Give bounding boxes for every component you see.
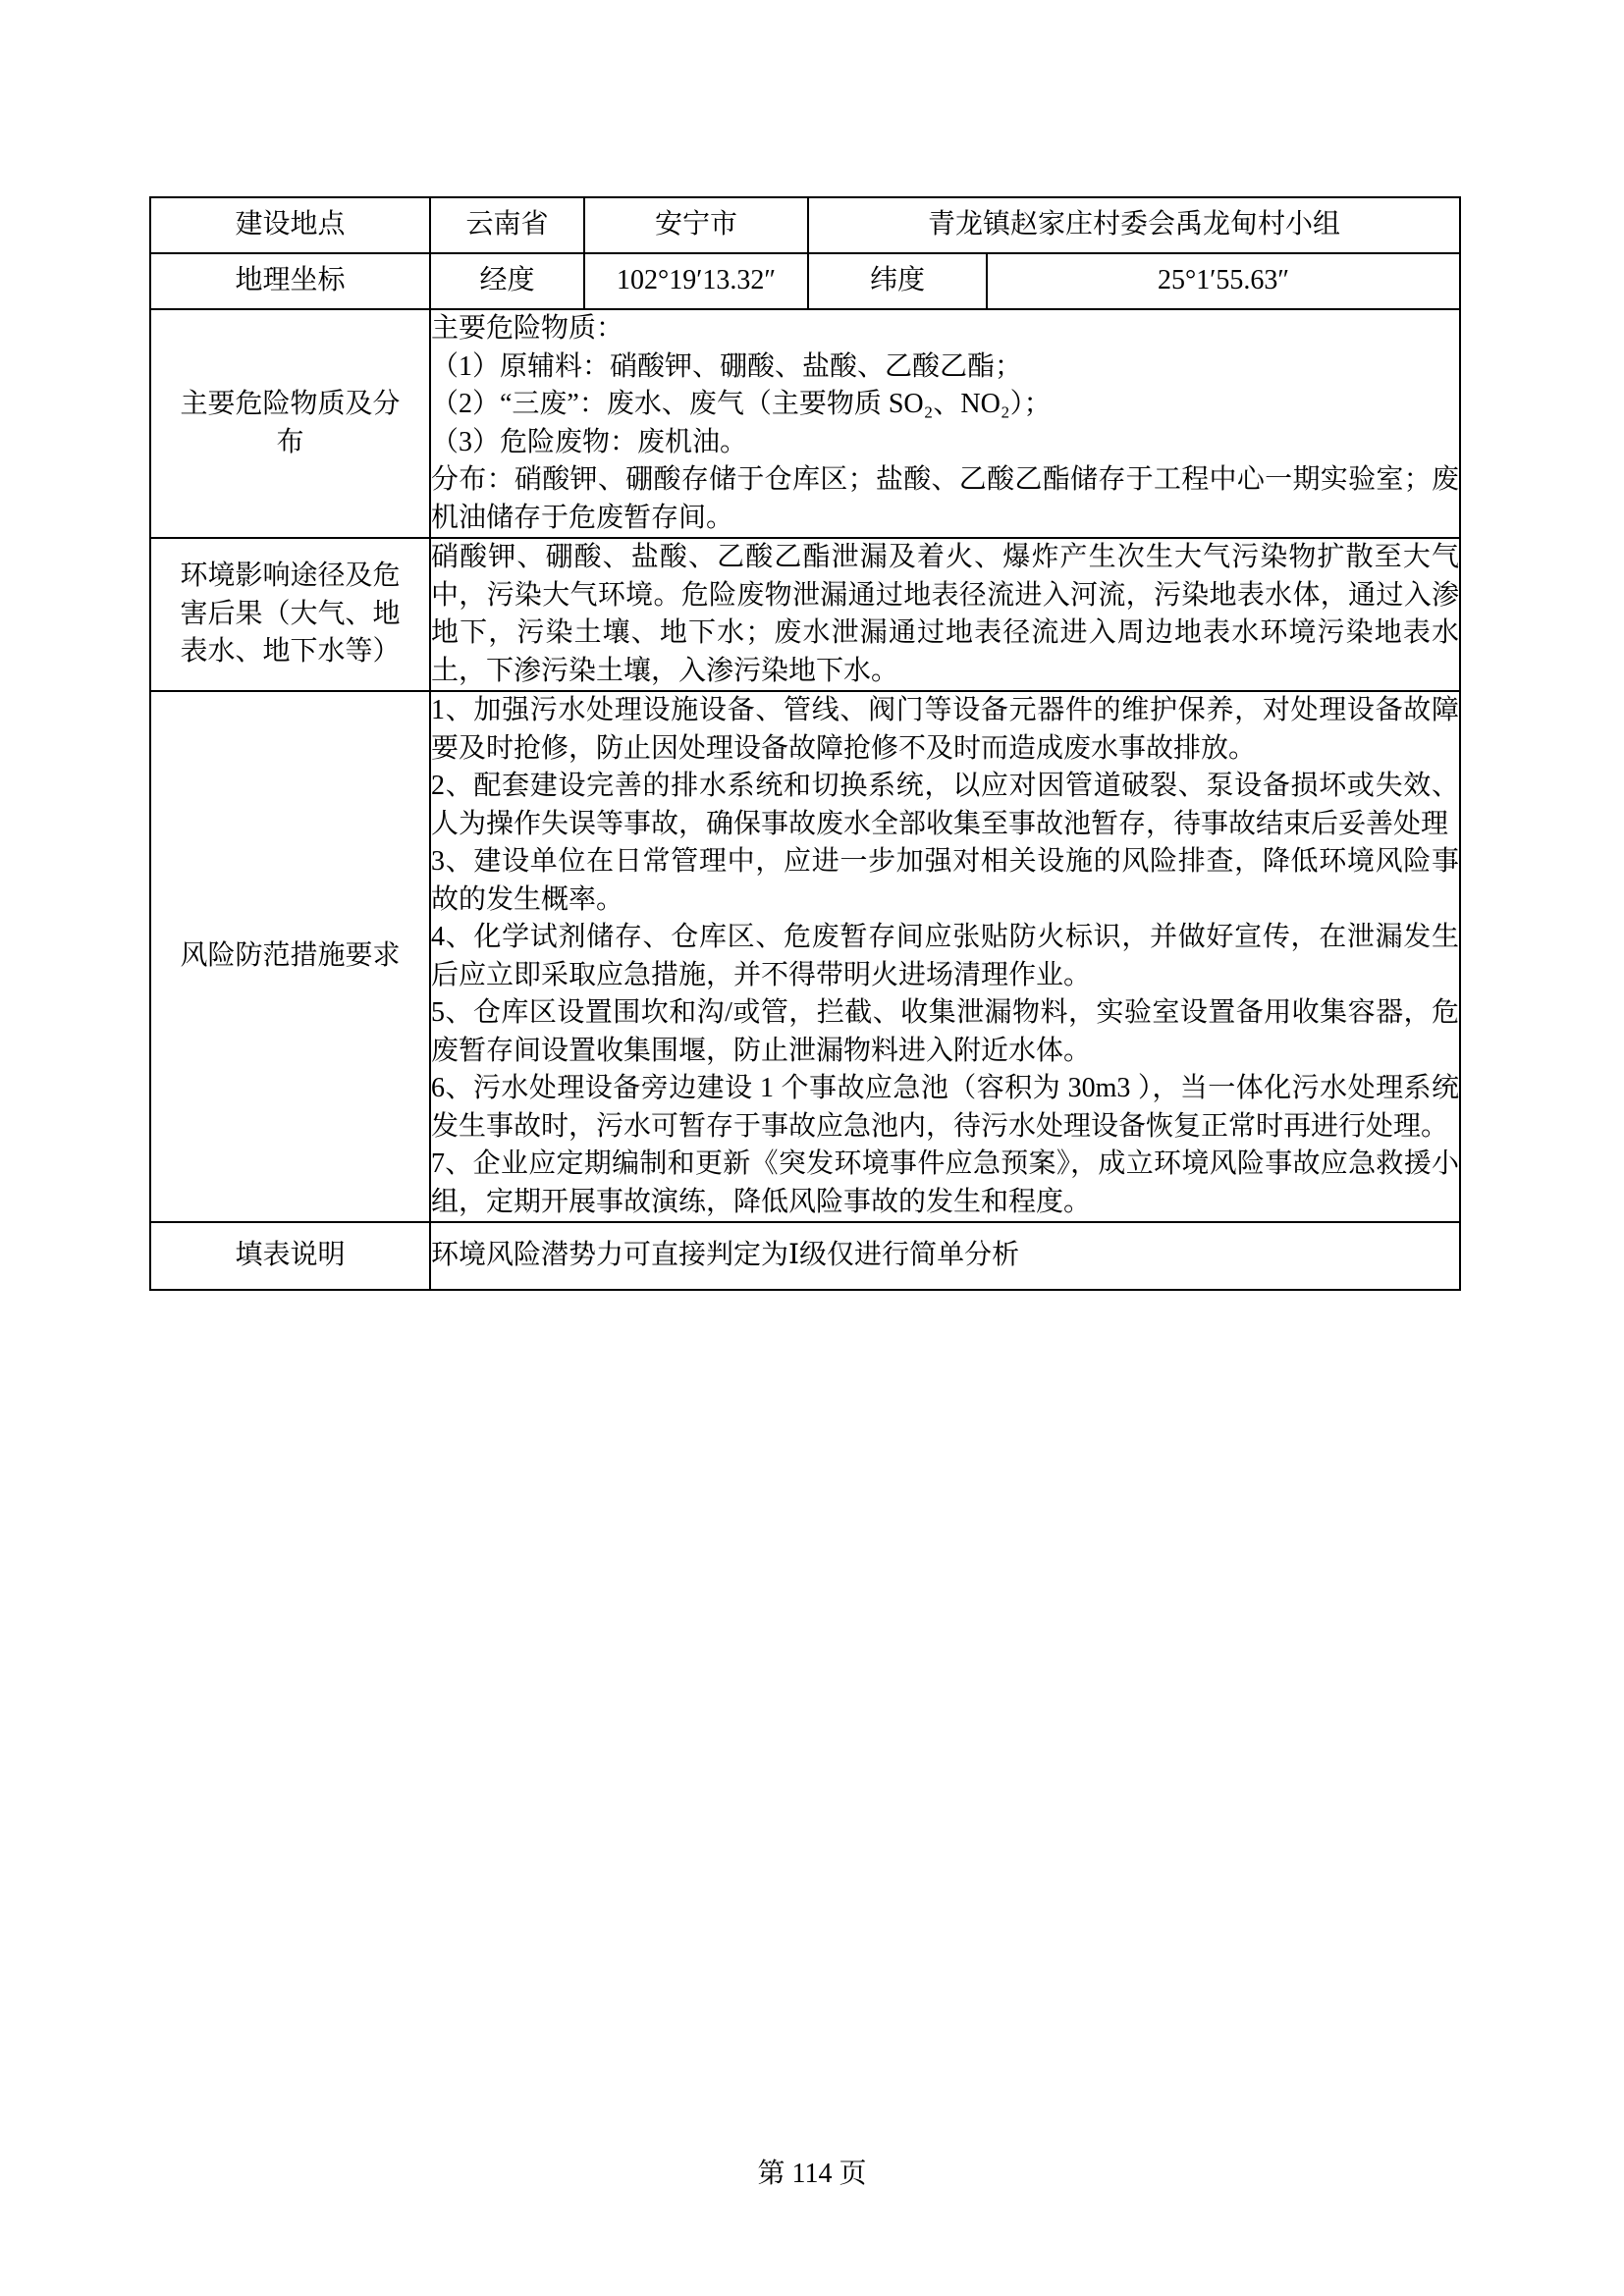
table-row-location: 建设地点 云南省 安宁市 青龙镇赵家庄村委会禹龙甸村小组 [150, 197, 1460, 253]
risk-prevention-label: 风险防范措施要求 [150, 691, 430, 1222]
latitude-value: 25°1′55.63″ [987, 253, 1460, 309]
form-notes-label: 填表说明 [150, 1222, 430, 1290]
longitude-label: 经度 [430, 253, 584, 309]
location-label: 建设地点 [150, 197, 430, 253]
longitude-value: 102°19′13.32″ [584, 253, 808, 309]
coordinates-label: 地理坐标 [150, 253, 430, 309]
info-table: 建设地点 云南省 安宁市 青龙镇赵家庄村委会禹龙甸村小组 地理坐标 经度 102… [149, 196, 1461, 1291]
table-row-coordinates: 地理坐标 经度 102°19′13.32″ 纬度 25°1′55.63″ [150, 253, 1460, 309]
location-province: 云南省 [430, 197, 584, 253]
risk-prevention-content: 1、加强污水处理设施设备、管线、阀门等设备元器件的维护保养，对处理设备故障要及时… [430, 691, 1460, 1222]
page-number: 第 114 页 [0, 2156, 1624, 2193]
table-row-form-notes: 填表说明 环境风险潜势力可直接判定为Ⅰ级仅进行简单分析 [150, 1222, 1460, 1290]
location-site: 青龙镇赵家庄村委会禹龙甸村小组 [808, 197, 1460, 253]
hazardous-materials-content: 主要危险物质： （1）原辅料：硝酸钾、硼酸、盐酸、乙酸乙酯； （2）“三废”：废… [430, 309, 1460, 538]
latitude-label: 纬度 [808, 253, 987, 309]
impact-pathways-label: 环境影响途径及危 害后果（大气、地 表水、地下水等） [150, 538, 430, 691]
table-row-risk-prevention: 风险防范措施要求 1、加强污水处理设施设备、管线、阀门等设备元器件的维护保养，对… [150, 691, 1460, 1222]
form-notes-content: 环境风险潜势力可直接判定为Ⅰ级仅进行简单分析 [430, 1222, 1460, 1290]
document-page: 建设地点 云南省 安宁市 青龙镇赵家庄村委会禹龙甸村小组 地理坐标 经度 102… [0, 0, 1624, 2296]
impact-pathways-content: 硝酸钾、硼酸、盐酸、乙酸乙酯泄漏及着火、爆炸产生次生大气污染物扩散至大气中，污染… [430, 538, 1460, 691]
table-row-impact-pathways: 环境影响途径及危 害后果（大气、地 表水、地下水等） 硝酸钾、硼酸、盐酸、乙酸乙… [150, 538, 1460, 691]
location-city: 安宁市 [584, 197, 808, 253]
table-row-hazardous-materials: 主要危险物质及分 布 主要危险物质： （1）原辅料：硝酸钾、硼酸、盐酸、乙酸乙酯… [150, 309, 1460, 538]
hazardous-materials-label: 主要危险物质及分 布 [150, 309, 430, 538]
